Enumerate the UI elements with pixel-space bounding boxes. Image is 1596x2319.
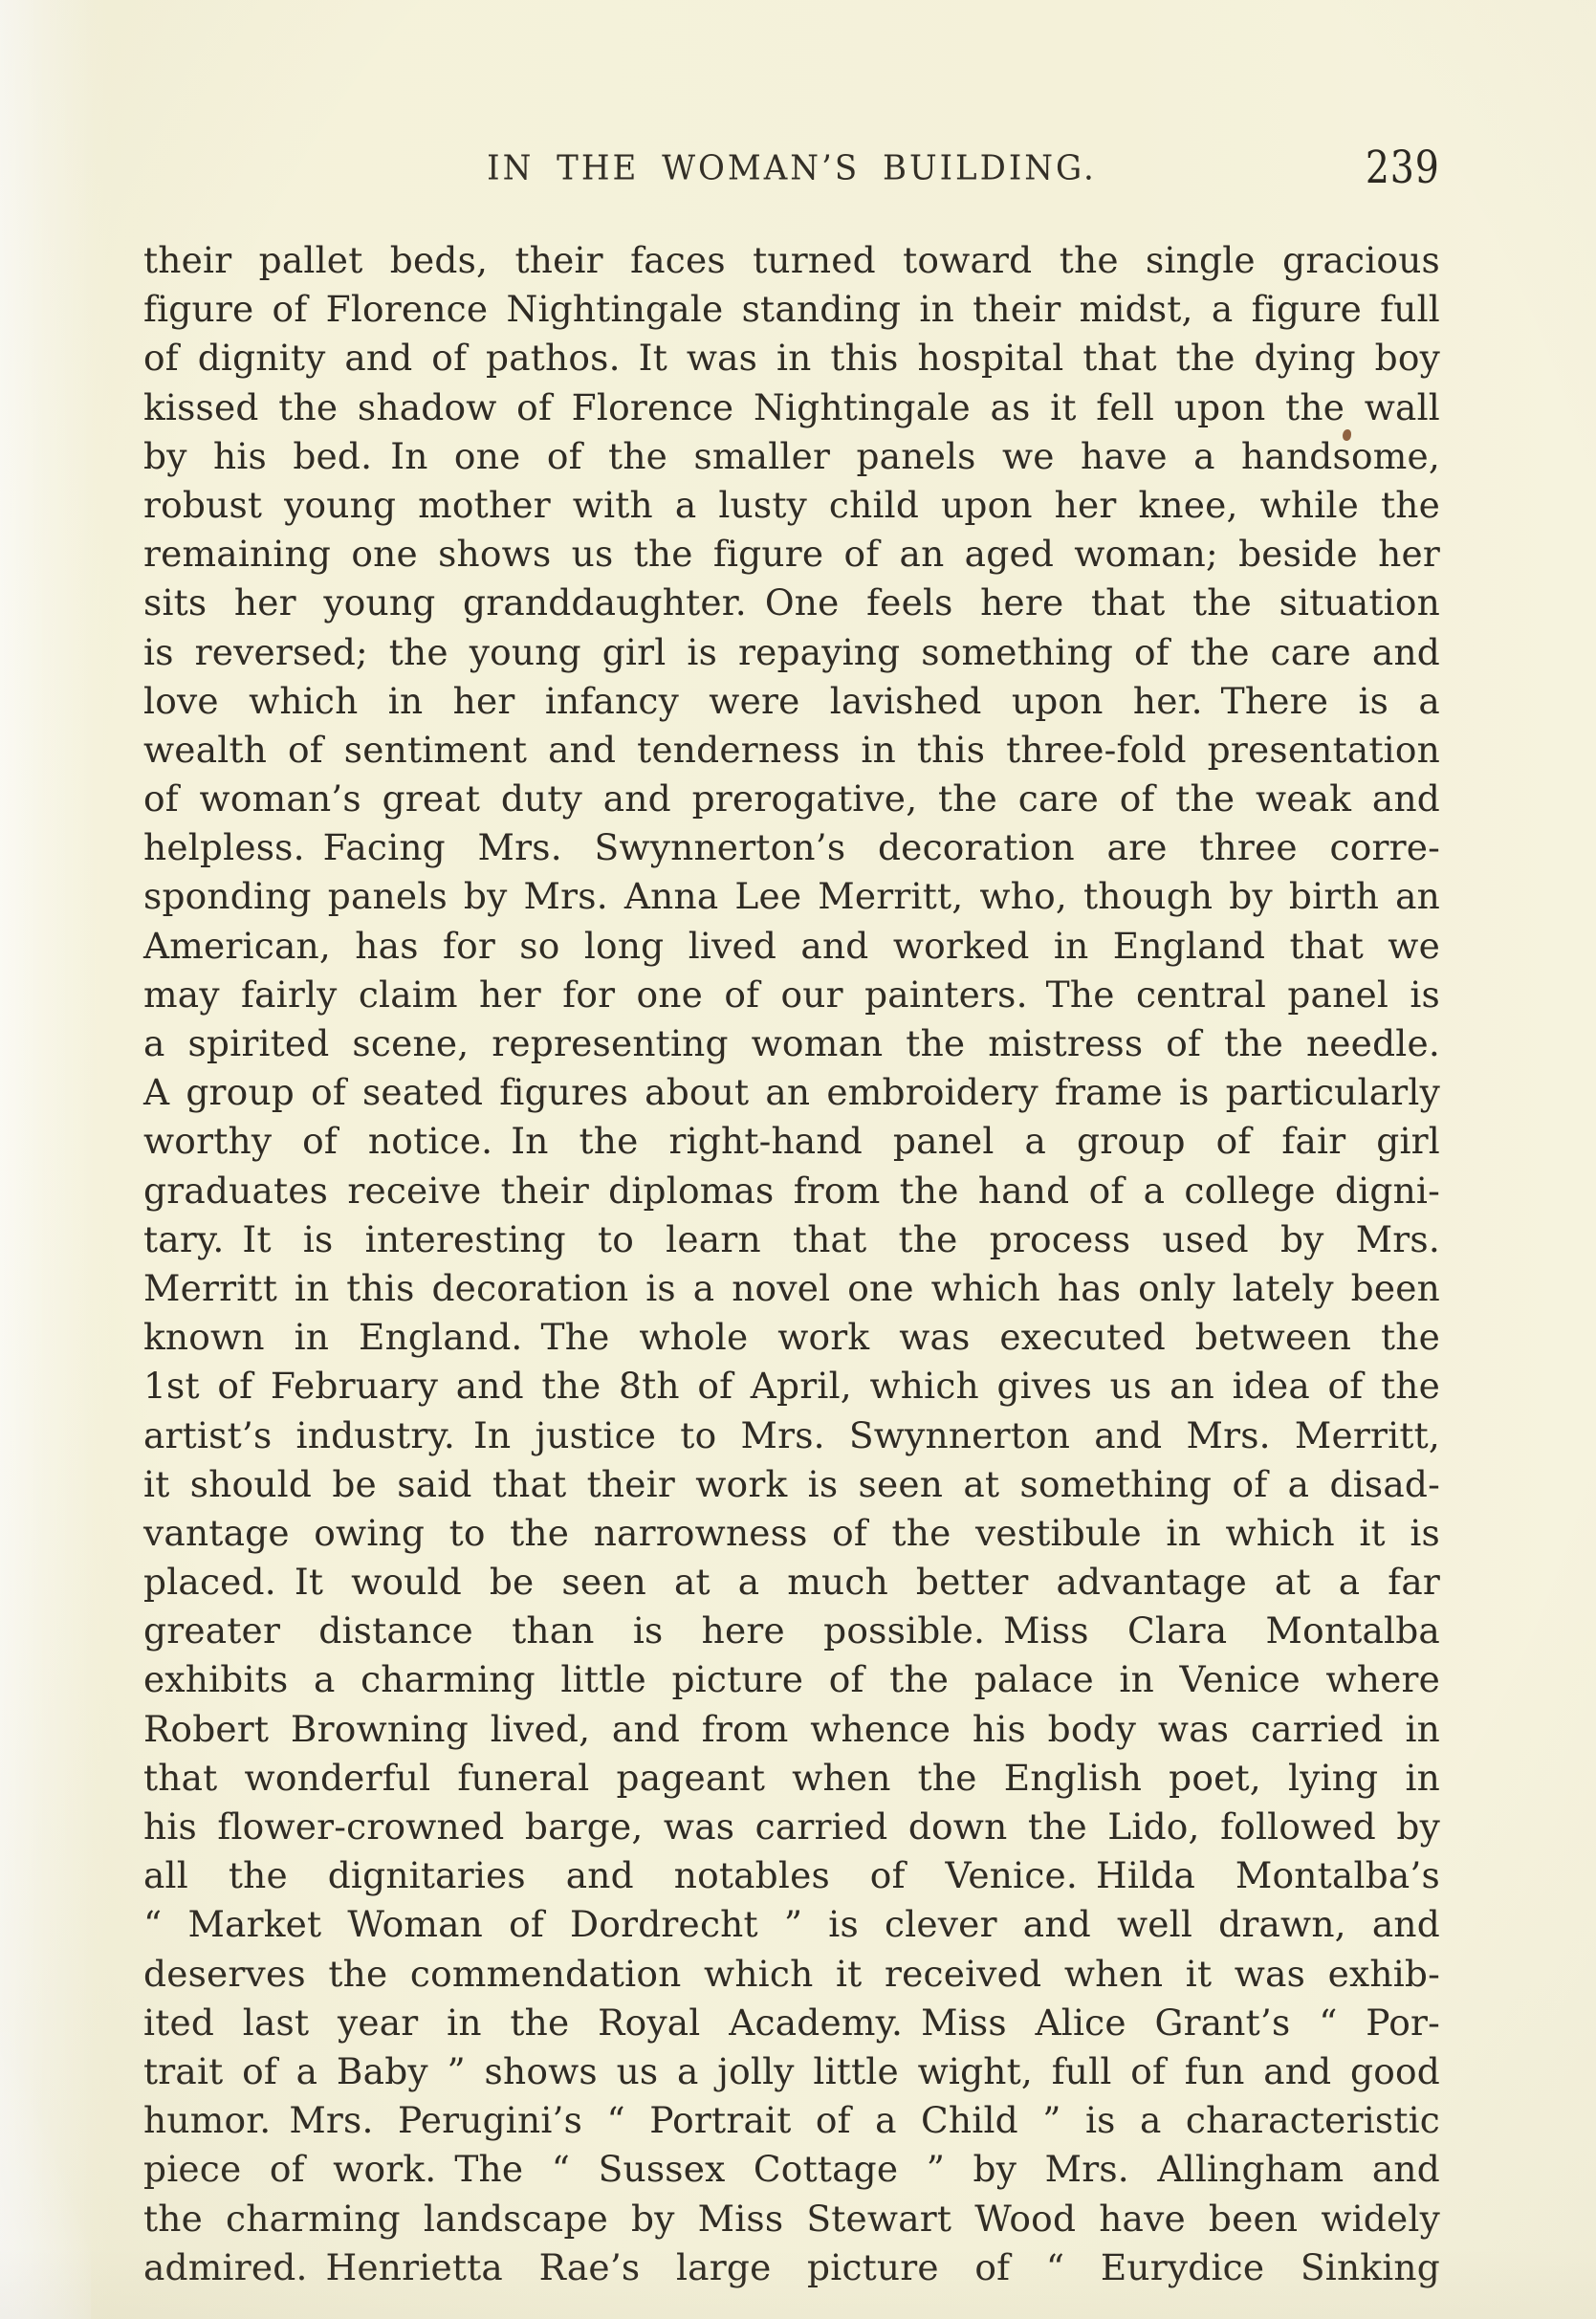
text-line: exhibits a charming little picture of th…	[143, 1655, 1440, 1704]
page-bottom-left-corner-highlight	[0, 2032, 91, 2319]
text-line: all the dignitaries and notables of Veni…	[143, 1851, 1440, 1900]
body-text: their pallet beds, their faces turned to…	[143, 236, 1440, 2292]
text-line: deserves the commendation which it recei…	[143, 1950, 1440, 1999]
text-line: ited last year in the Royal Academy. Mis…	[143, 1999, 1440, 2047]
book-page: IN THE WOMAN’S BUILDING. 239 their palle…	[0, 0, 1596, 2319]
text-line: admired. Henrietta Rae’s large picture o…	[143, 2243, 1440, 2292]
page-header: IN THE WOMAN’S BUILDING. 239	[143, 145, 1440, 191]
text-line: by his bed. In one of the smaller panels…	[143, 432, 1440, 481]
text-line: A group of seated figures about an embro…	[143, 1068, 1440, 1117]
text-line: helpless. Facing Mrs. Swynnerton’s decor…	[143, 823, 1440, 872]
text-line: it should be said that their work is see…	[143, 1460, 1440, 1509]
text-line: known in England. The whole work was exe…	[143, 1313, 1440, 1362]
text-line: artist’s industry. In justice to Mrs. Sw…	[143, 1411, 1440, 1460]
text-line: a spirited scene, representing woman the…	[143, 1019, 1440, 1068]
text-line: is reversed; the young girl is repaying …	[143, 628, 1440, 677]
text-line: that wonderful funeral pageant when the …	[143, 1754, 1440, 1803]
text-line: 1st of February and the 8th of April, wh…	[143, 1362, 1440, 1411]
page-number: 239	[1366, 146, 1440, 190]
text-line: love which in her infancy were lavished …	[143, 677, 1440, 726]
text-line: may fairly claim her for one of our pain…	[143, 971, 1440, 1019]
text-line: “ Market Woman of Dordrecht ” is clever …	[143, 1900, 1440, 1949]
text-line: vantage owing to the narrowness of the v…	[143, 1509, 1440, 1558]
text-line: his flower-crowned barge, was carried do…	[143, 1803, 1440, 1851]
text-line: tary. It is interesting to learn that th…	[143, 1215, 1440, 1264]
text-line: of woman’s great duty and prerogative, t…	[143, 775, 1440, 823]
text-line: remaining one shows us the figure of an …	[143, 530, 1440, 579]
text-line: sponding panels by Mrs. Anna Lee Merritt…	[143, 872, 1440, 921]
text-line: figure of Florence Nightingale standing …	[143, 285, 1440, 334]
text-line: sits her young granddaughter. One feels …	[143, 579, 1440, 627]
text-line: graduates receive their diplomas from th…	[143, 1167, 1440, 1215]
running-header-title: IN THE WOMAN’S BUILDING.	[143, 144, 1440, 192]
text-line: American, has for so long lived and work…	[143, 922, 1440, 971]
text-line: the charming landscape by Miss Stewart W…	[143, 2195, 1440, 2243]
text-line: of dignity and of pathos. It was in this…	[143, 334, 1440, 383]
text-line: kissed the shadow of Florence Nightingal…	[143, 383, 1440, 432]
text-line: placed. It would be seen at a much bette…	[143, 1558, 1440, 1607]
text-line: Robert Browning lived, and from whence h…	[143, 1705, 1440, 1754]
text-line: wealth of sentiment and tenderness in th…	[143, 726, 1440, 775]
text-line: trait of a Baby ” shows us a jolly littl…	[143, 2047, 1440, 2096]
text-line: piece of work. The “ Sussex Cottage ” by…	[143, 2145, 1440, 2194]
text-line: robust young mother with a lusty child u…	[143, 481, 1440, 530]
text-line: greater distance than is here possible. …	[143, 1607, 1440, 1655]
text-line: Merritt in this decoration is a novel on…	[143, 1264, 1440, 1313]
text-line: humor. Mrs. Perugini’s “ Portrait of a C…	[143, 2096, 1440, 2145]
text-line: worthy of notice. In the right-hand pane…	[143, 1117, 1440, 1166]
text-line: their pallet beds, their faces turned to…	[143, 236, 1440, 285]
